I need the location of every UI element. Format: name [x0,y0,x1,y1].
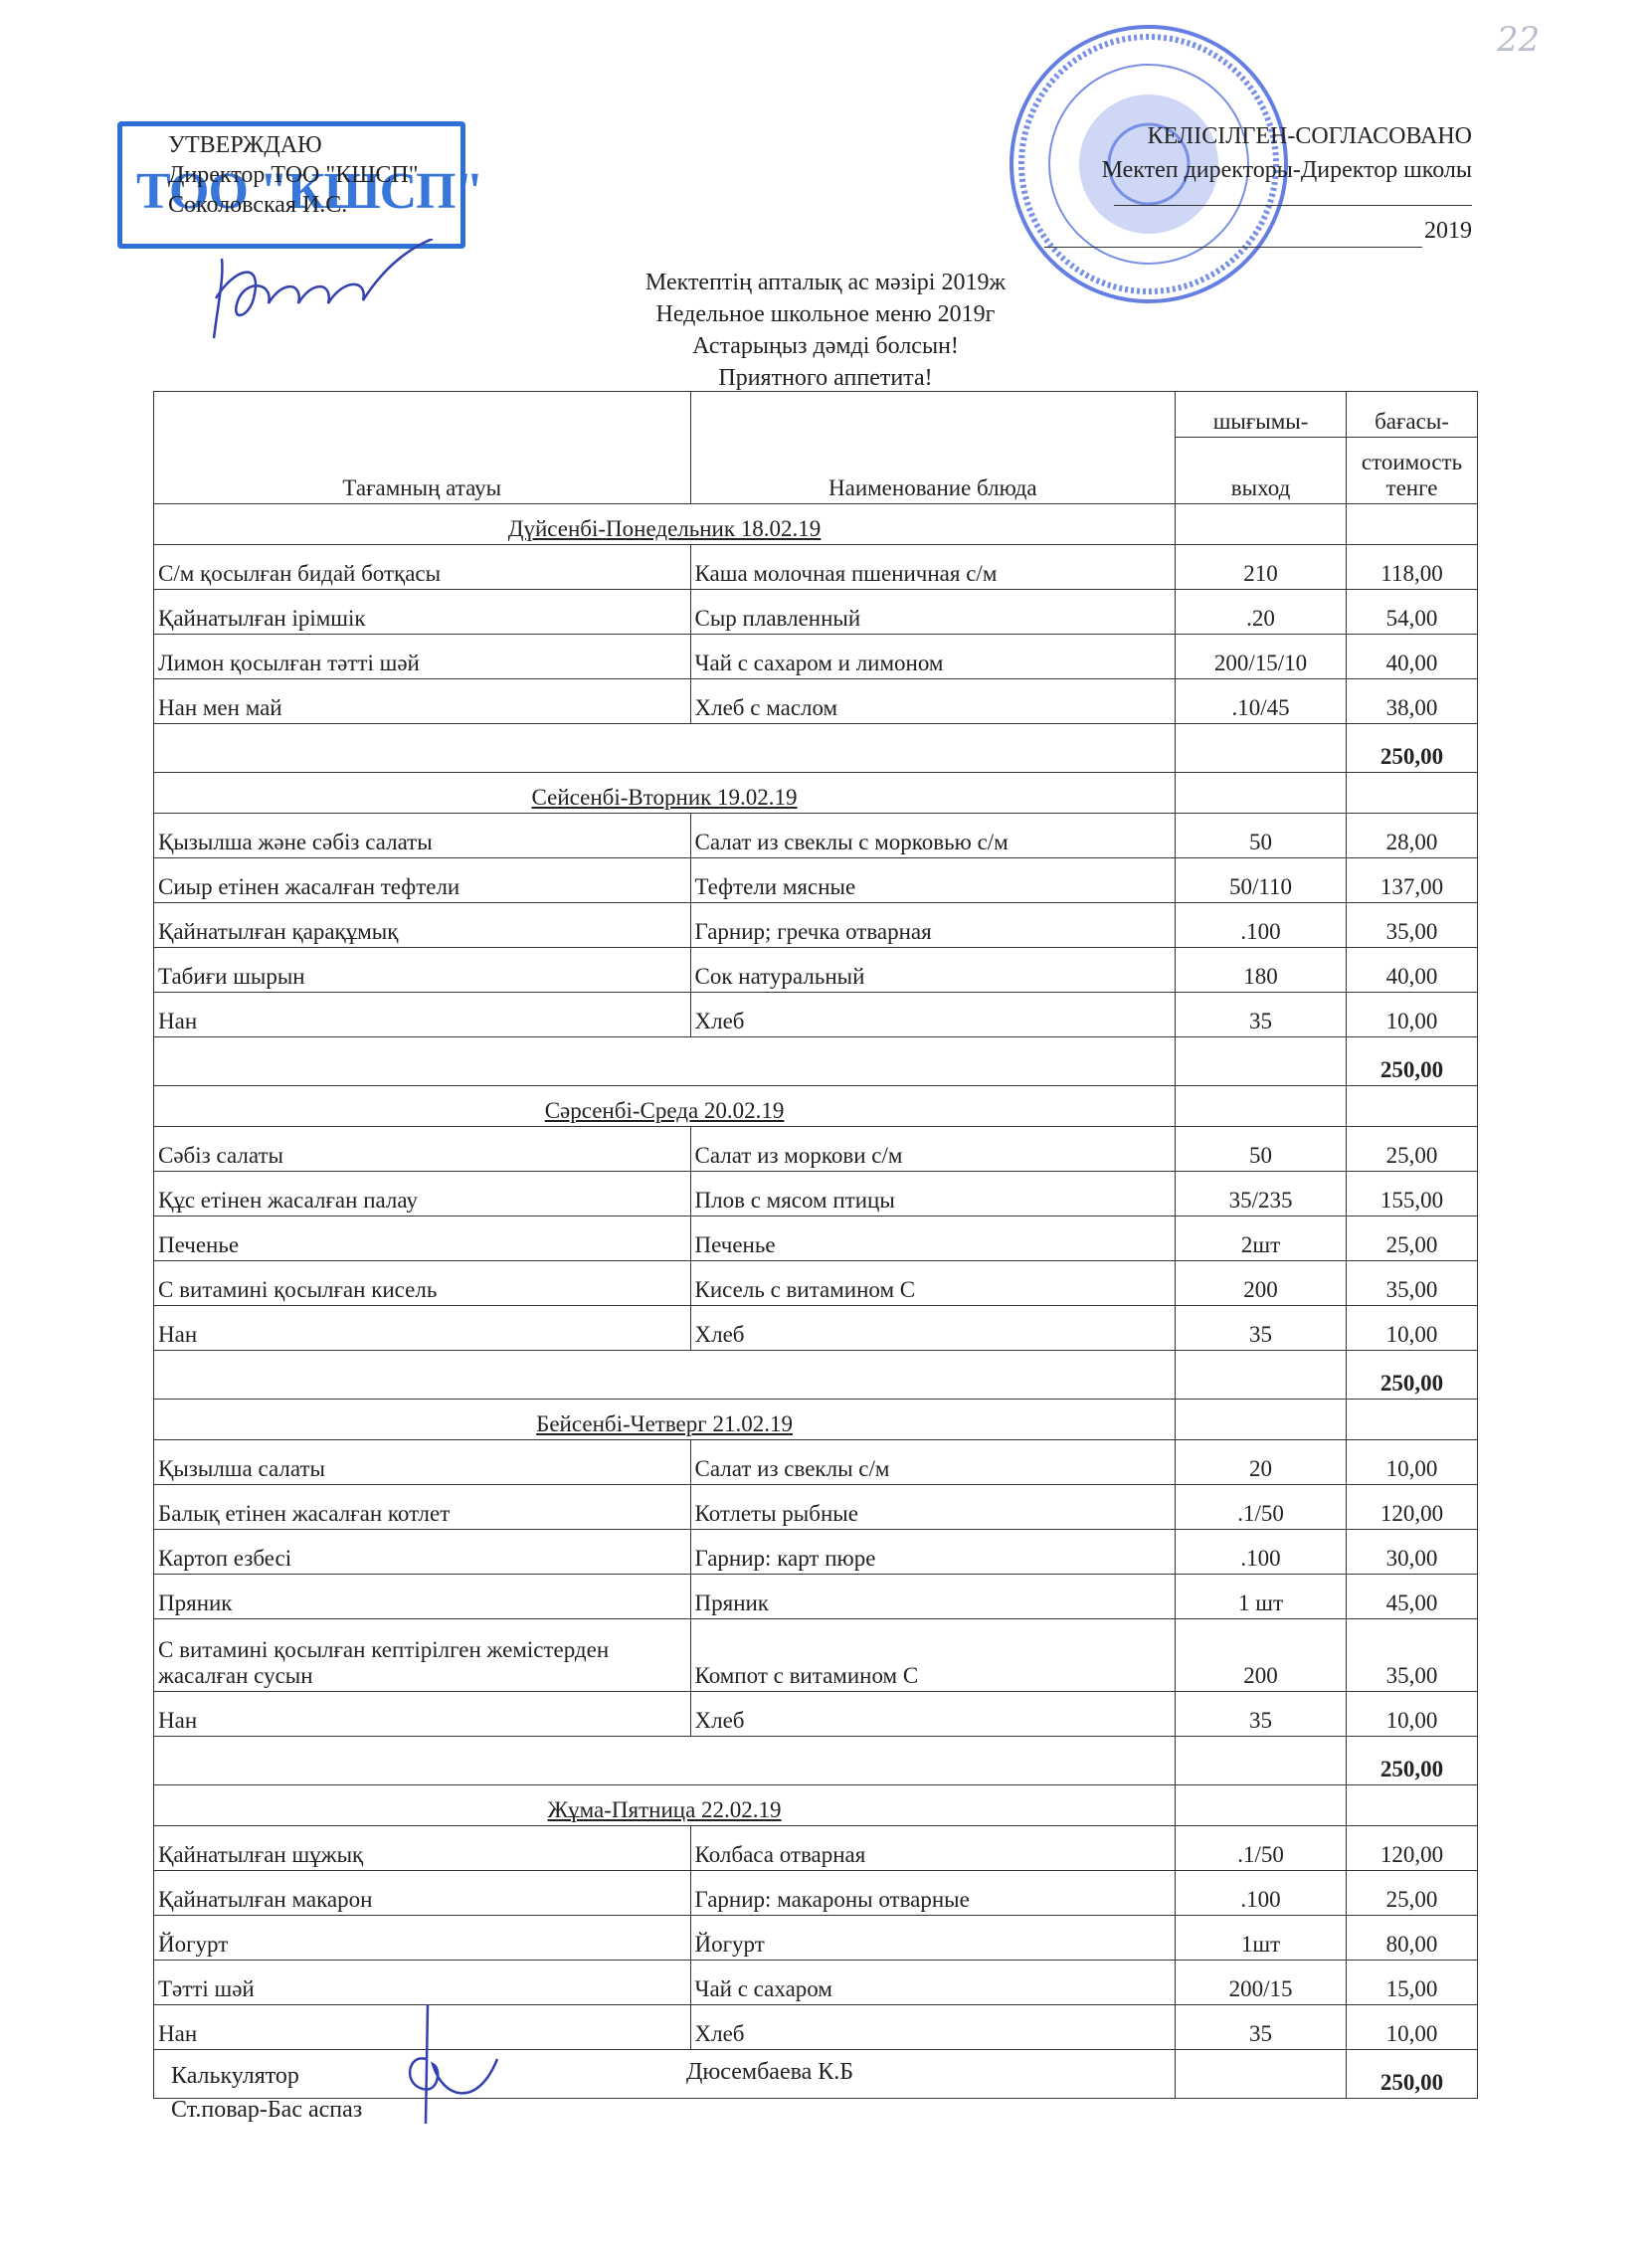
dish-price: 80,00 [1347,1916,1478,1961]
dish-price: 118,00 [1347,545,1478,590]
dish-price: 38,00 [1347,679,1478,724]
greeting-kz: Астарыңыз дәмді болсын! [557,330,1094,362]
dish-name-kz: Картоп езбесі [154,1530,691,1575]
approval-line-name: Соколовская И.С. [168,190,419,220]
day-price-empty [1347,773,1478,814]
dish-name-ru: Плов с мясом птицы [690,1172,1176,1216]
menu-item-row: НанХлеб3510,00 [154,1692,1478,1737]
dish-price: 10,00 [1347,1692,1478,1737]
day-total-price: 250,00 [1347,1737,1478,1785]
total-yield-empty [1176,1037,1347,1086]
dish-name-ru: Печенье [690,1216,1176,1261]
menu-item-row: Лимон қосылған тәтті шәйЧай с сахаром и … [154,635,1478,679]
greeting-ru: Приятного аппетита! [557,362,1094,394]
dish-name-kz: Сиыр етінен жасалған тефтели [154,858,691,903]
footer-role-chef: Ст.повар-Бас аспаз [171,2093,362,2127]
dish-yield: 1шт [1176,1916,1347,1961]
menu-item-row: Қайнатылған шұжықКолбаса отварная.1/5012… [154,1826,1478,1871]
day-header-row: Сейсенбі-Вторник 19.02.19 [154,773,1478,814]
dish-price: 35,00 [1347,1619,1478,1692]
dish-name-kz: С витамині қосылған кептірілген жемістер… [154,1619,691,1692]
dish-name-kz: Нан [154,993,691,1037]
dish-yield: 35 [1176,1306,1347,1351]
title-kz: Мектептің апталық ас мәзірі 2019ж [557,267,1094,298]
dish-price: 35,00 [1347,903,1478,948]
day-header-row: Бейсенбі-Четверг 21.02.19 [154,1400,1478,1440]
dish-yield: 180 [1176,948,1347,993]
dish-price: 120,00 [1347,1485,1478,1530]
dish-name-kz: Қызылша және сәбіз салаты [154,814,691,858]
day-yield-empty [1176,773,1347,814]
dish-price: 30,00 [1347,1530,1478,1575]
menu-item-row: Сиыр етінен жасалған тефтелиТефтели мясн… [154,858,1478,903]
approval-line-position: Директор ТОО "КШСП" [168,160,419,190]
dish-name-ru: Хлеб [690,993,1176,1037]
dish-yield: 200/15 [1176,1961,1347,2005]
day-yield-empty [1176,1785,1347,1826]
footer-roles: Калькулятор Ст.повар-Бас аспаз [171,2059,362,2127]
dish-name-ru: Компот с витамином С [690,1619,1176,1692]
approval-line-approve: УТВЕРЖДАЮ [168,130,419,160]
day-price-empty [1347,1086,1478,1127]
approval-lines: УТВЕРЖДАЮ Директор ТОО "КШСП" Соколовска… [168,130,419,220]
menu-item-row: Сәбіз салатыСалат из моркови с/м5025,00 [154,1127,1478,1172]
dish-yield: 35 [1176,2005,1347,2050]
dish-name-kz: Құс етінен жасалған палау [154,1172,691,1216]
dish-yield: 210 [1176,545,1347,590]
dish-price: 10,00 [1347,2005,1478,2050]
day-header-row: Жұма-Пятница 22.02.19 [154,1785,1478,1826]
dish-name-kz: Пряник [154,1575,691,1619]
menu-item-row: Құс етінен жасалған палауПлов с мясом пт… [154,1172,1478,1216]
dish-name-ru: Хлеб с маслом [690,679,1176,724]
menu-item-row: Қызылша салатыСалат из свеклы с/м2010,00 [154,1440,1478,1485]
dish-yield: 35/235 [1176,1172,1347,1216]
agreement-subtitle: Мектеп директоры-Директор школы [1044,153,1472,187]
menu-item-row: Табиғи шырынСок натуральный18040,00 [154,948,1478,993]
dish-name-kz: С витамині қосылған кисель [154,1261,691,1306]
day-price-empty [1347,504,1478,545]
dish-yield: .100 [1176,1871,1347,1916]
dish-yield: .1/50 [1176,1485,1347,1530]
dish-name-kz: Қызылша салаты [154,1440,691,1485]
dish-name-kz: Печенье [154,1216,691,1261]
menu-item-row: С витамині қосылған кептірілген жемістер… [154,1619,1478,1692]
dish-price: 45,00 [1347,1575,1478,1619]
menu-item-row: Қайнатылған қарақұмықГарнир; гречка отва… [154,903,1478,948]
dish-name-ru: Кисель с витамином С [690,1261,1176,1306]
dish-yield: 35 [1176,993,1347,1037]
header-yield-ru: выход [1176,437,1347,503]
dish-name-ru: Салат из свеклы с/м [690,1440,1176,1485]
agreement-date: 2019 [1044,214,1472,248]
day-total-row: 250,00 [154,1037,1478,1086]
dish-name-kz: С/м қосылған бидай ботқасы [154,545,691,590]
menu-item-row: Қайнатылған макаронГарнир: макароны отва… [154,1871,1478,1916]
total-yield-empty [1176,1351,1347,1400]
menu-item-row: НанХлеб3510,00 [154,1306,1478,1351]
dish-price: 28,00 [1347,814,1478,858]
dish-yield: .100 [1176,1530,1347,1575]
dish-name-ru: Пряник [690,1575,1176,1619]
dish-name-ru: Сок натуральный [690,948,1176,993]
menu-item-row: Қайнатылған ірімшікСыр плавленный.2054,0… [154,590,1478,635]
dish-name-kz: Балық етінен жасалған котлет [154,1485,691,1530]
chef-signature-icon [398,1999,507,2129]
total-empty [154,1037,1176,1086]
dish-yield: 50 [1176,814,1347,858]
dish-yield: 2шт [1176,1216,1347,1261]
day-yield-empty [1176,1400,1347,1440]
day-title: Жұма-Пятница 22.02.19 [154,1785,1176,1826]
dish-yield: .20 [1176,590,1347,635]
day-title: Дүйсенбі-Понедельник 18.02.19 [154,504,1176,545]
header-price-kz: бағасы- [1347,392,1478,438]
dish-yield: 200 [1176,1261,1347,1306]
dish-price: 10,00 [1347,993,1478,1037]
total-yield-empty [1176,1737,1347,1785]
dish-price: 120,00 [1347,1826,1478,1871]
dish-name-ru: Йогурт [690,1916,1176,1961]
dish-name-kz: Лимон қосылған тәтті шәй [154,635,691,679]
dish-yield: 1 шт [1176,1575,1347,1619]
menu-item-row: С/м қосылған бидай ботқасыКаша молочная … [154,545,1478,590]
dish-name-kz: Табиғи шырын [154,948,691,993]
dish-yield: .100 [1176,903,1347,948]
agreement-signature-line [1114,187,1472,206]
day-total-price: 250,00 [1347,2050,1478,2099]
dish-price: 40,00 [1347,948,1478,993]
dish-price: 35,00 [1347,1261,1478,1306]
day-title: Сейсенбі-Вторник 19.02.19 [154,773,1176,814]
dish-name-ru: Котлеты рыбные [690,1485,1176,1530]
header-name-ru: Наименование блюда [690,392,1176,504]
dish-name-kz: Қайнатылған шұжық [154,1826,691,1871]
dish-name-kz: Йогурт [154,1916,691,1961]
agreement-title: КЕЛІСІЛГЕН-СОГЛАСОВАНО [1044,119,1472,153]
header-price-ru: стоимость тенге [1347,437,1478,503]
dish-price: 25,00 [1347,1871,1478,1916]
dish-name-kz: Нан [154,1306,691,1351]
dish-price: 10,00 [1347,1440,1478,1485]
day-total-price: 250,00 [1347,1351,1478,1400]
day-price-empty [1347,1400,1478,1440]
day-total-row: 250,00 [154,724,1478,773]
total-yield-empty [1176,2050,1347,2099]
menu-item-row: Қызылша және сәбіз салатыСалат из свеклы… [154,814,1478,858]
dish-name-kz: Қайнатылған макарон [154,1871,691,1916]
day-total-price: 250,00 [1347,724,1478,773]
menu-item-row: ПеченьеПеченье2шт25,00 [154,1216,1478,1261]
dish-name-ru: Хлеб [690,1306,1176,1351]
total-empty [154,724,1176,773]
dish-name-ru: Гарнир: карт пюре [690,1530,1176,1575]
dish-name-ru: Чай с сахаром [690,1961,1176,2005]
page-number: 22 [1497,20,1540,60]
dish-yield: 200/15/10 [1176,635,1347,679]
menu-item-row: Нан мен майХлеб с маслом.10/4538,00 [154,679,1478,724]
dish-name-ru: Сыр плавленный [690,590,1176,635]
dish-yield: .10/45 [1176,679,1347,724]
dish-yield: 200 [1176,1619,1347,1692]
dish-price: 10,00 [1347,1306,1478,1351]
menu-item-row: НанХлеб3510,00 [154,993,1478,1037]
menu-item-row: Тәтті шәйЧай с сахаром200/1515,00 [154,1961,1478,2005]
day-yield-empty [1176,504,1347,545]
dish-name-ru: Салат из моркови с/м [690,1127,1176,1172]
total-empty [154,1351,1176,1400]
dish-yield: .1/50 [1176,1826,1347,1871]
header-name-kz: Тағамның атауы [154,392,691,504]
footer-signatory-name: Дюсембаева К.Б [686,2059,853,2086]
day-header-row: Сәрсенбі-Среда 20.02.19 [154,1086,1478,1127]
approval-stamp-box: ТОО "КШСП" УТВЕРЖДАЮ Директор ТОО "КШСП"… [117,121,465,249]
menu-item-row: ПряникПряник1 шт45,00 [154,1575,1478,1619]
day-title: Сәрсенбі-Среда 20.02.19 [154,1086,1176,1127]
dish-price: 54,00 [1347,590,1478,635]
dish-name-ru: Тефтели мясные [690,858,1176,903]
day-header-row: Дүйсенбі-Понедельник 18.02.19 [154,504,1478,545]
menu-item-row: ЙогуртЙогурт1шт80,00 [154,1916,1478,1961]
dish-name-ru: Чай с сахаром и лимоном [690,635,1176,679]
dish-name-kz: Сәбіз салаты [154,1127,691,1172]
dish-name-kz: Тәтті шәй [154,1961,691,2005]
day-yield-empty [1176,1086,1347,1127]
day-total-price: 250,00 [1347,1037,1478,1086]
dish-yield: 35 [1176,1692,1347,1737]
menu-item-row: С витамині қосылған кисельКисель с витам… [154,1261,1478,1306]
dish-price: 155,00 [1347,1172,1478,1216]
dish-name-kz: Нан [154,1692,691,1737]
dish-yield: 20 [1176,1440,1347,1485]
dish-name-ru: Салат из свеклы с морковью с/м [690,814,1176,858]
dish-name-ru: Гарнир: макароны отварные [690,1871,1176,1916]
dish-name-kz: Қайнатылған ірімшік [154,590,691,635]
menu-item-row: НанХлеб3510,00 [154,2005,1478,2050]
footer-role-calculator: Калькулятор [171,2059,362,2093]
weekly-menu-table: Тағамның атауы Наименование блюда шығымы… [153,391,1478,2099]
day-total-row: 250,00 [154,1737,1478,1785]
dish-name-ru: Колбаса отварная [690,1826,1176,1871]
menu-item-row: Балық етінен жасалған котлетКотлеты рыбн… [154,1485,1478,1530]
dish-name-kz: Нан мен май [154,679,691,724]
dish-name-ru: Каша молочная пшеничная с/м [690,545,1176,590]
agreement-year: 2019 [1424,214,1472,248]
dish-name-ru: Хлеб [690,1692,1176,1737]
dish-name-kz: Қайнатылған қарақұмық [154,903,691,948]
dish-yield: 50/110 [1176,858,1347,903]
dish-price: 137,00 [1347,858,1478,903]
day-price-empty [1347,1785,1478,1826]
dish-name-ru: Хлеб [690,2005,1176,2050]
menu-titles: Мектептің апталық ас мәзірі 2019ж Недель… [557,267,1094,394]
menu-body: Дүйсенбі-Понедельник 18.02.19С/м қосылға… [154,504,1478,2099]
dish-price: 25,00 [1347,1216,1478,1261]
dish-price: 15,00 [1347,1961,1478,2005]
day-total-row: 250,00 [154,1351,1478,1400]
dish-name-ru: Гарнир; гречка отварная [690,903,1176,948]
header-yield-kz: шығымы- [1176,392,1347,438]
dish-price: 25,00 [1347,1127,1478,1172]
agreement-block: КЕЛІСІЛГЕН-СОГЛАСОВАНО Мектеп директоры-… [1044,119,1472,248]
day-title: Бейсенбі-Четверг 21.02.19 [154,1400,1176,1440]
title-ru: Недельное школьное меню 2019г [557,298,1094,330]
date-blank-line [1044,219,1422,248]
total-empty [154,1737,1176,1785]
dish-price: 40,00 [1347,635,1478,679]
dish-yield: 50 [1176,1127,1347,1172]
menu-item-row: Картоп езбесіГарнир: карт пюре.10030,00 [154,1530,1478,1575]
total-yield-empty [1176,724,1347,773]
director-signature-icon [194,239,443,348]
